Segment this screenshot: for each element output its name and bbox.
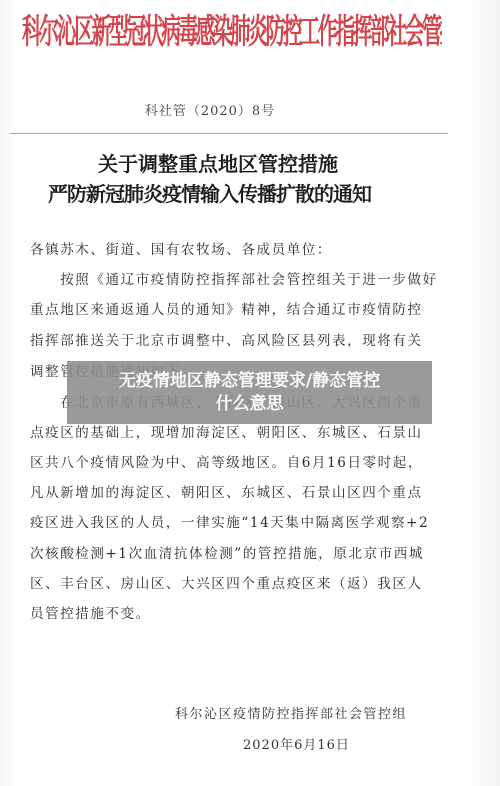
- signature-issuer: 科尔沁区疫情防控指挥部社会管控组: [175, 703, 407, 722]
- issuer-banner: 科尔沁区新型冠状病毒感染肺炎防控工作指挥部社会管控组: [22, 10, 442, 54]
- caption-line-2: 什么意思: [216, 393, 284, 416]
- red-divider: [10, 133, 448, 134]
- body-line: 次核酸检测+1次血清抗体检测”的管控措施，原北京市西城: [30, 542, 424, 562]
- title-line-2: 严防新冠肺炎疫情输入传播扩散的通知: [48, 180, 371, 208]
- body-line: 员管控措施不变。: [30, 602, 151, 622]
- body-line: 指挥部推送关于北京市调整中、高风险区县列表，现将有关: [30, 329, 423, 349]
- body-line: 各镇苏木、街道、国有农牧场、各成员单位：: [30, 238, 332, 258]
- document-number: 科社管（2020）8号: [0, 100, 460, 119]
- body-line: 区、丰台区、房山区、大兴区四个重点疫区来（返）我区人: [30, 572, 423, 592]
- issuer-banner-text: 科尔沁区新型冠状病毒感染肺炎防控工作指挥部社会管控组: [22, 10, 442, 54]
- caption-overlay: 无疫情地区静态管理要求/静态管控 什么意思: [67, 361, 432, 424]
- document-page: 科尔沁区新型冠状病毒感染肺炎防控工作指挥部社会管控组 科社管（2020）8号 关…: [0, 0, 500, 786]
- caption-line-1: 无疫情地区静态管理要求/静态管控: [119, 370, 380, 393]
- body-line: 区共八个疫情风险为中、高等级地区。自6月16日零时起，: [30, 451, 423, 471]
- title-line-1: 关于调整重点地区管控措施: [98, 150, 338, 178]
- signature-date: 2020年6月16日: [243, 734, 350, 753]
- body-line: 疫区进入我区的人员，一律实施“14天集中隔离医学观察+2: [30, 511, 429, 531]
- body-line: 重点地区来通返通人员的通知》精神，结合通辽市疫情防控: [30, 298, 423, 318]
- body-line: 凡从新增加的海淀区、朝阳区、东城区、石景山区四个重点: [30, 481, 423, 501]
- body-line: 点疫区的基础上，现增加海淀区、朝阳区、东城区、石景山: [30, 421, 423, 441]
- body-line: 按照《通辽市疫情防控指挥部社会管控组关于进一步做好: [30, 268, 438, 288]
